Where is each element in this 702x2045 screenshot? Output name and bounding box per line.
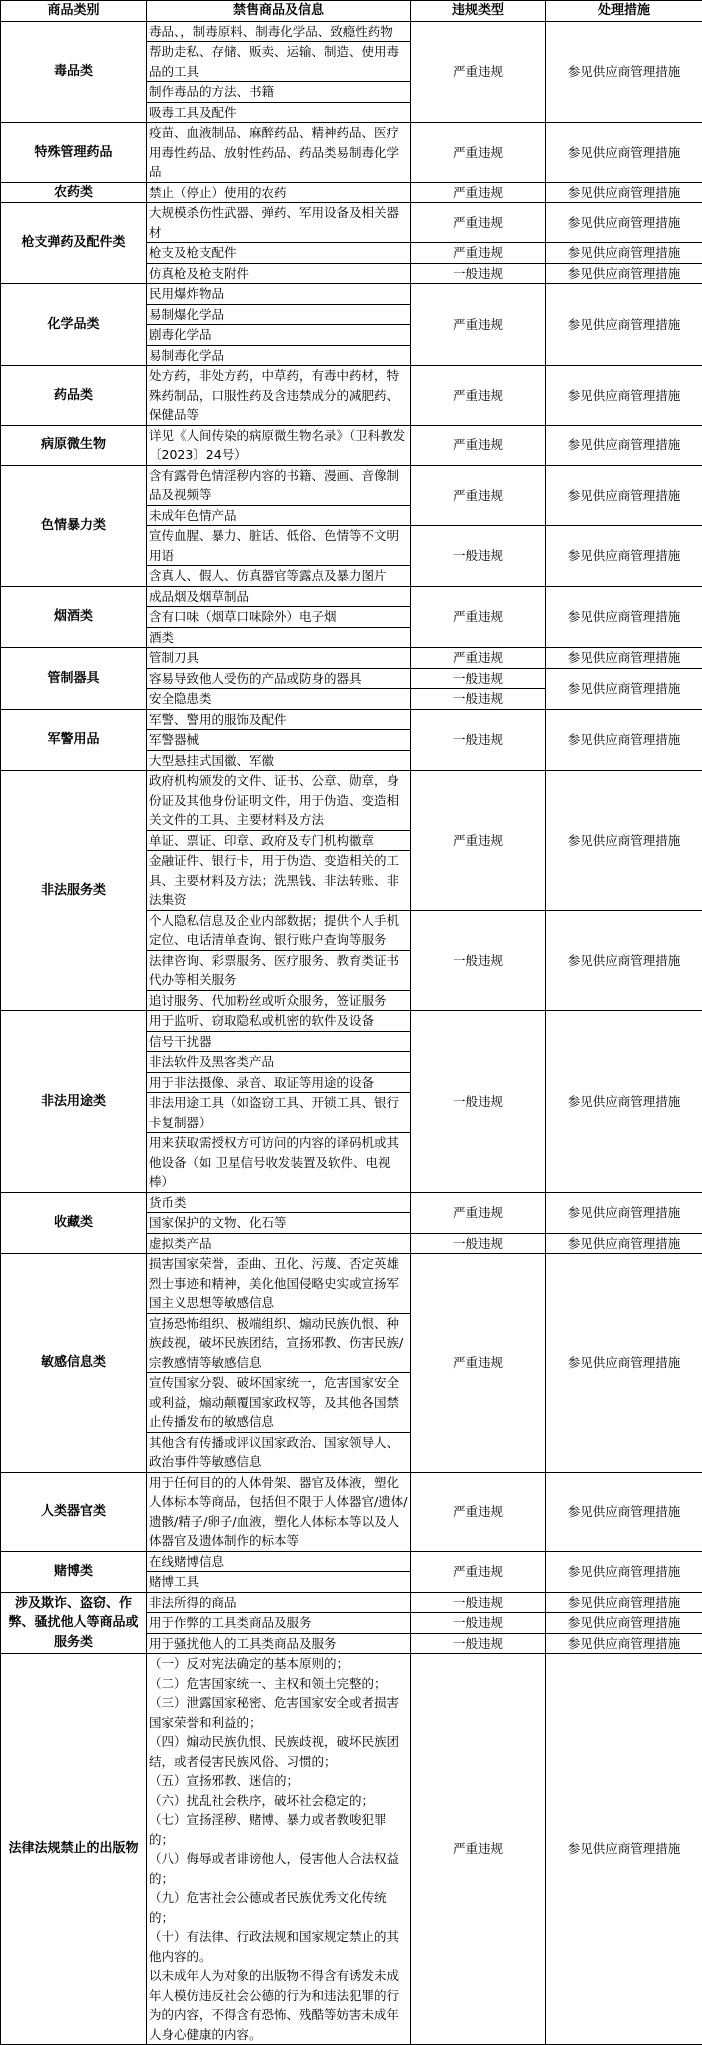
table-row: 病原微生物详见《人间传染的病原微生物名录》（卫科教发〔2023〕24号）严重违规… (1, 425, 702, 465)
action-cell: 参见供应商管理措施 (546, 709, 702, 771)
table-row: 涉及欺诈、盗窃、作弊、骚扰他人等商品或服务类非法所得的商品一般违规参见供应商管理… (1, 1592, 702, 1613)
category-cell: 色情暴力类 (1, 465, 147, 586)
prohibited-item-cell: 吸毒工具及配件 (147, 102, 411, 123)
table-row: 敏感信息类损害国家荣誉，歪曲、丑化、污蔑、否定英雄烈士事迹和精神，美化他国侵略史… (1, 1254, 702, 1314)
prohibited-item-cell: 金融证件、银行卡，用于伪造、变造相关的工具、主要材料及方法；洗黑钱、非法转账、非… (147, 851, 411, 911)
prohibited-item-cell: 容易导致他人受伤的产品或防身的器具 (147, 668, 411, 689)
violation-type-cell: 一般违规 (411, 1233, 546, 1254)
header-category: 商品类别 (1, 1, 147, 22)
action-cell: 参见供应商管理措施 (546, 586, 702, 648)
prohibited-item-cell: 宣传国家分裂、破坏国家统一，危害国家安全或利益，煽动颠覆国家政权等，及其他各国禁… (147, 1373, 411, 1433)
prohibited-item-cell: 在线赌博信息 (147, 1551, 411, 1572)
table-row: 人类器官类用于任何目的的人体骨架、器官及体液，塑化人体标本等商品，包括但不限于人… (1, 1472, 702, 1551)
category-cell: 病原微生物 (1, 425, 147, 465)
prohibited-item-cell: 易制毒化学品 (147, 345, 411, 366)
violation-type-cell: 严重违规 (411, 1254, 546, 1473)
table-row: 非法用途类用于监听、窃取隐私或机密的软件及设备一般违规参见供应商管理措施 (1, 1011, 702, 1032)
violation-type-cell: 一般违规 (411, 709, 546, 771)
violation-type-cell: 严重违规 (411, 366, 546, 426)
violation-type-cell: 严重违规 (411, 648, 546, 669)
prohibited-item-cell: 用于作弊的工具类商品及服务 (147, 1613, 411, 1634)
prohibited-item-cell: 信号干扰器 (147, 1031, 411, 1052)
action-cell: 参见供应商管理措施 (546, 284, 702, 366)
action-cell: 参见供应商管理措施 (546, 771, 702, 911)
violation-type-cell: 严重违规 (411, 243, 546, 264)
category-cell: 特殊管理药品 (1, 123, 147, 183)
category-cell: 收藏类 (1, 1192, 147, 1254)
violation-type-cell: 一般违规 (411, 1011, 546, 1193)
violation-type-cell: 严重违规 (411, 465, 546, 526)
table-row: 毒品类毒品、，制毒原料、制毒化学品、致瘾性药物严重违规参见供应商管理措施 (1, 21, 702, 42)
action-cell: 参见供应商管理措施 (546, 526, 702, 587)
violation-type-cell: 严重违规 (411, 425, 546, 465)
table-row: 收藏类货币类严重违规参见供应商管理措施 (1, 1192, 702, 1213)
violation-type-cell: 严重违规 (411, 21, 546, 123)
prohibited-item-cell: 含真人、假人、仿真器官等露点及暴力图片 (147, 566, 411, 587)
category-cell: 农药类 (1, 182, 147, 203)
prohibited-item-cell: 易制爆化学品 (147, 304, 411, 325)
action-cell: 参见供应商管理措施 (546, 1654, 702, 2045)
violation-type-cell: 严重违规 (411, 1472, 546, 1551)
action-cell: 参见供应商管理措施 (546, 1633, 702, 1654)
prohibited-item-cell: 虚拟类产品 (147, 1233, 411, 1254)
violation-type-cell: 严重违规 (411, 1192, 546, 1233)
action-cell: 参见供应商管理措施 (546, 1192, 702, 1233)
violation-type-cell: 一般违规 (411, 689, 546, 710)
prohibited-item-cell: 详见《人间传染的病原微生物名录》（卫科教发〔2023〕24号） (147, 425, 411, 465)
category-cell: 军警用品 (1, 709, 147, 771)
action-cell: 参见供应商管理措施 (546, 243, 702, 264)
action-cell: 参见供应商管理措施 (546, 1472, 702, 1551)
category-cell: 管制器具 (1, 648, 147, 710)
prohibited-item-cell: （一）反对宪法确定的基本原则的； （二）危害国家统一、主权和领土完整的； （三）… (147, 1654, 411, 2045)
action-cell: 参见供应商管理措施 (546, 21, 702, 123)
table-row: 农药类禁止（停止）使用的农药严重违规参见供应商管理措施 (1, 182, 702, 203)
action-cell: 参见供应商管理措施 (546, 465, 702, 526)
action-cell: 参见供应商管理措施 (546, 1011, 702, 1193)
violation-type-cell: 一般违规 (411, 1613, 546, 1634)
prohibited-item-cell: 用于监听、窃取隐私或机密的软件及设备 (147, 1011, 411, 1032)
prohibited-item-cell: 非法软件及黑客类产品 (147, 1052, 411, 1073)
category-cell: 赌博类 (1, 1551, 147, 1592)
prohibited-item-cell: 用于骚扰他人的工具类商品及服务 (147, 1633, 411, 1654)
category-cell: 化学品类 (1, 284, 147, 366)
table-row: 色情暴力类含有露骨色情淫秽内容的书籍、漫画、音像制品及视频等严重违规参见供应商管… (1, 465, 702, 505)
action-cell: 参见供应商管理措施 (546, 123, 702, 183)
header-prohibited-items: 禁售商品及信息 (147, 1, 411, 22)
prohibited-item-cell: 管制刀具 (147, 648, 411, 669)
category-cell: 敏感信息类 (1, 1254, 147, 1473)
prohibited-item-cell: 处方药，非处方药，中草药，有毒中药材，特殊药制品，口服性药及含违禁成分的减肥药、… (147, 366, 411, 426)
prohibited-item-cell: 国家保护的文物、化石等 (147, 1213, 411, 1234)
prohibited-item-cell: 用于任何目的的人体骨架、器官及体液，塑化人体标本等商品，包括但不限于人体器官/遗… (147, 1472, 411, 1551)
category-cell: 人类器官类 (1, 1472, 147, 1551)
prohibited-item-cell: 军警器械 (147, 730, 411, 751)
violation-type-cell: 严重违规 (411, 771, 546, 911)
prohibited-item-cell: 民用爆炸物品 (147, 284, 411, 305)
prohibited-item-cell: 军警、警用的服饰及配件 (147, 709, 411, 730)
action-cell: 参见供应商管理措施 (546, 1254, 702, 1473)
violation-type-cell: 严重违规 (411, 182, 546, 203)
violation-type-cell: 一般违规 (411, 526, 546, 587)
prohibited-item-cell: 枪支及枪支配件 (147, 243, 411, 264)
table-row: 管制器具管制刀具严重违规参见供应商管理措施 (1, 648, 702, 669)
prohibited-goods-table: 商品类别 禁售商品及信息 违规类型 处理措施 毒品类毒品、，制毒原料、制毒化学品… (0, 0, 702, 2045)
category-cell: 法律法规禁止的出版物 (1, 1654, 147, 2045)
action-cell: 参见供应商管理措施 (546, 366, 702, 426)
prohibited-item-cell: 赌博工具 (147, 1572, 411, 1593)
violation-type-cell: 严重违规 (411, 586, 546, 648)
prohibited-item-cell: 追讨服务、代加粉丝或听众服务，签证服务 (147, 990, 411, 1011)
prohibited-item-cell: 政府机构颁发的文件、证书、公章、勋章，身份证及其他身份证明文件，用于伪造、变造相… (147, 771, 411, 831)
prohibited-item-cell: 酒类 (147, 627, 411, 648)
prohibited-item-cell: 宣传血腥、暴力、脏话、低俗、色情等不文明用语 (147, 526, 411, 566)
table-row: 非法服务类政府机构颁发的文件、证书、公章、勋章，身份证及其他身份证明文件，用于伪… (1, 771, 702, 831)
prohibited-item-cell: 非法用途工具（如盗窃工具、开锁工具、银行卡复制器） (147, 1093, 411, 1133)
violation-type-cell: 严重违规 (411, 284, 546, 366)
action-cell: 参见供应商管理措施 (546, 182, 702, 203)
table-row: 烟酒类成品烟及烟草制品严重违规参见供应商管理措施 (1, 586, 702, 607)
prohibited-item-cell: 含有露骨色情淫秽内容的书籍、漫画、音像制品及视频等 (147, 465, 411, 505)
table-row: 化学品类民用爆炸物品严重违规参见供应商管理措施 (1, 284, 702, 305)
category-cell: 非法服务类 (1, 771, 147, 1011)
violation-type-cell: 严重违规 (411, 123, 546, 183)
action-cell: 参见供应商管理措施 (546, 648, 702, 669)
prohibited-item-cell: 宣扬恐怖组织、极端组织、煽动民族仇恨、种族歧视，破坏民族团结，宣扬邪教、伤害民族… (147, 1313, 411, 1373)
action-cell: 参见供应商管理措施 (546, 1233, 702, 1254)
action-cell: 参见供应商管理措施 (546, 425, 702, 465)
action-cell: 参见供应商管理措施 (546, 668, 702, 709)
table-row: 药品类处方药，非处方药，中草药，有毒中药材，特殊药制品，口服性药及含违禁成分的减… (1, 366, 702, 426)
category-cell: 毒品类 (1, 21, 147, 123)
category-cell: 药品类 (1, 366, 147, 426)
prohibited-item-cell: 用来获取需授权方可访问的内容的译码机或其他设备（如 卫星信号收发装置及软件、电视… (147, 1133, 411, 1193)
prohibited-item-cell: 帮助走私、存储、贩卖、运输、制造、使用毒品的工具 (147, 42, 411, 82)
table-row: 法律法规禁止的出版物（一）反对宪法确定的基本原则的； （二）危害国家统一、主权和… (1, 1654, 702, 2045)
violation-type-cell: 严重违规 (411, 1654, 546, 2045)
action-cell: 参见供应商管理措施 (546, 910, 702, 1011)
prohibited-item-cell: 个人隐私信息及企业内部数据；提供个人手机定位、电话清单查询、银行账户查询等服务 (147, 910, 411, 950)
prohibited-item-cell: 毒品、，制毒原料、制毒化学品、致瘾性药物 (147, 21, 411, 42)
category-cell: 枪支弹药及配件类 (1, 203, 147, 284)
header-action: 处理措施 (546, 1, 702, 22)
action-cell: 参见供应商管理措施 (546, 1551, 702, 1592)
prohibited-item-cell: 剧毒化学品 (147, 325, 411, 346)
prohibited-item-cell: 损害国家荣誉，歪曲、丑化、污蔑、否定英雄烈士事迹和精神，美化他国侵略史实或宣扬军… (147, 1254, 411, 1314)
violation-type-cell: 一般违规 (411, 668, 546, 689)
prohibited-item-cell: 未成年色情产品 (147, 505, 411, 526)
action-cell: 参见供应商管理措施 (546, 263, 702, 284)
category-cell: 非法用途类 (1, 1011, 147, 1193)
action-cell: 参见供应商管理措施 (546, 1613, 702, 1634)
category-cell: 涉及欺诈、盗窃、作弊、骚扰他人等商品或服务类 (1, 1592, 147, 1654)
prohibited-item-cell: 大规模杀伤性武器、弹药、军用设备及相关器材 (147, 203, 411, 243)
table-header-row: 商品类别 禁售商品及信息 违规类型 处理措施 (1, 1, 702, 22)
prohibited-item-cell: 货币类 (147, 1192, 411, 1213)
prohibited-item-cell: 非法所得的商品 (147, 1592, 411, 1613)
prohibited-item-cell: 安全隐患类 (147, 689, 411, 710)
table-row: 特殊管理药品疫苗、血液制品、麻醉药品、精神药品、医疗用毒性药品、放射性药品、药品… (1, 123, 702, 183)
prohibited-item-cell: 疫苗、血液制品、麻醉药品、精神药品、医疗用毒性药品、放射性药品、药品类易制毒化学… (147, 123, 411, 183)
prohibited-item-cell: 制作毒品的方法、书籍 (147, 82, 411, 103)
violation-type-cell: 严重违规 (411, 203, 546, 243)
violation-type-cell: 一般违规 (411, 910, 546, 1011)
table-row: 枪支弹药及配件类大规模杀伤性武器、弹药、军用设备及相关器材严重违规参见供应商管理… (1, 203, 702, 243)
prohibited-item-cell: 其他含有传播或评议国家政治、国家领导人、政治事件等敏感信息 (147, 1432, 411, 1472)
action-cell: 参见供应商管理措施 (546, 203, 702, 243)
violation-type-cell: 一般违规 (411, 1633, 546, 1654)
prohibited-item-cell: 成品烟及烟草制品 (147, 586, 411, 607)
header-violation-type: 违规类型 (411, 1, 546, 22)
prohibited-item-cell: 仿真枪及枪支附件 (147, 263, 411, 284)
table-row: 军警用品军警、警用的服饰及配件一般违规参见供应商管理措施 (1, 709, 702, 730)
category-cell: 烟酒类 (1, 586, 147, 648)
table-row: 赌博类在线赌博信息严重违规参见供应商管理措施 (1, 1551, 702, 1572)
prohibited-item-cell: 含有口味（烟草口味除外）电子烟 (147, 607, 411, 628)
prohibited-item-cell: 法律咨询、彩票服务、医疗服务、教育类证书代办等相关服务 (147, 950, 411, 990)
violation-type-cell: 一般违规 (411, 263, 546, 284)
action-cell: 参见供应商管理措施 (546, 1592, 702, 1613)
violation-type-cell: 严重违规 (411, 1551, 546, 1592)
prohibited-item-cell: 单证、票证、印章、政府及专门机构徽章 (147, 830, 411, 851)
prohibited-item-cell: 用于非法摄像、录音、取证等用途的设备 (147, 1072, 411, 1093)
prohibited-item-cell: 大型悬挂式国徽、军徽 (147, 750, 411, 771)
violation-type-cell: 一般违规 (411, 1592, 546, 1613)
table-body: 毒品类毒品、，制毒原料、制毒化学品、致瘾性药物严重违规参见供应商管理措施帮助走私… (1, 21, 702, 2045)
prohibited-item-cell: 禁止（停止）使用的农药 (147, 182, 411, 203)
